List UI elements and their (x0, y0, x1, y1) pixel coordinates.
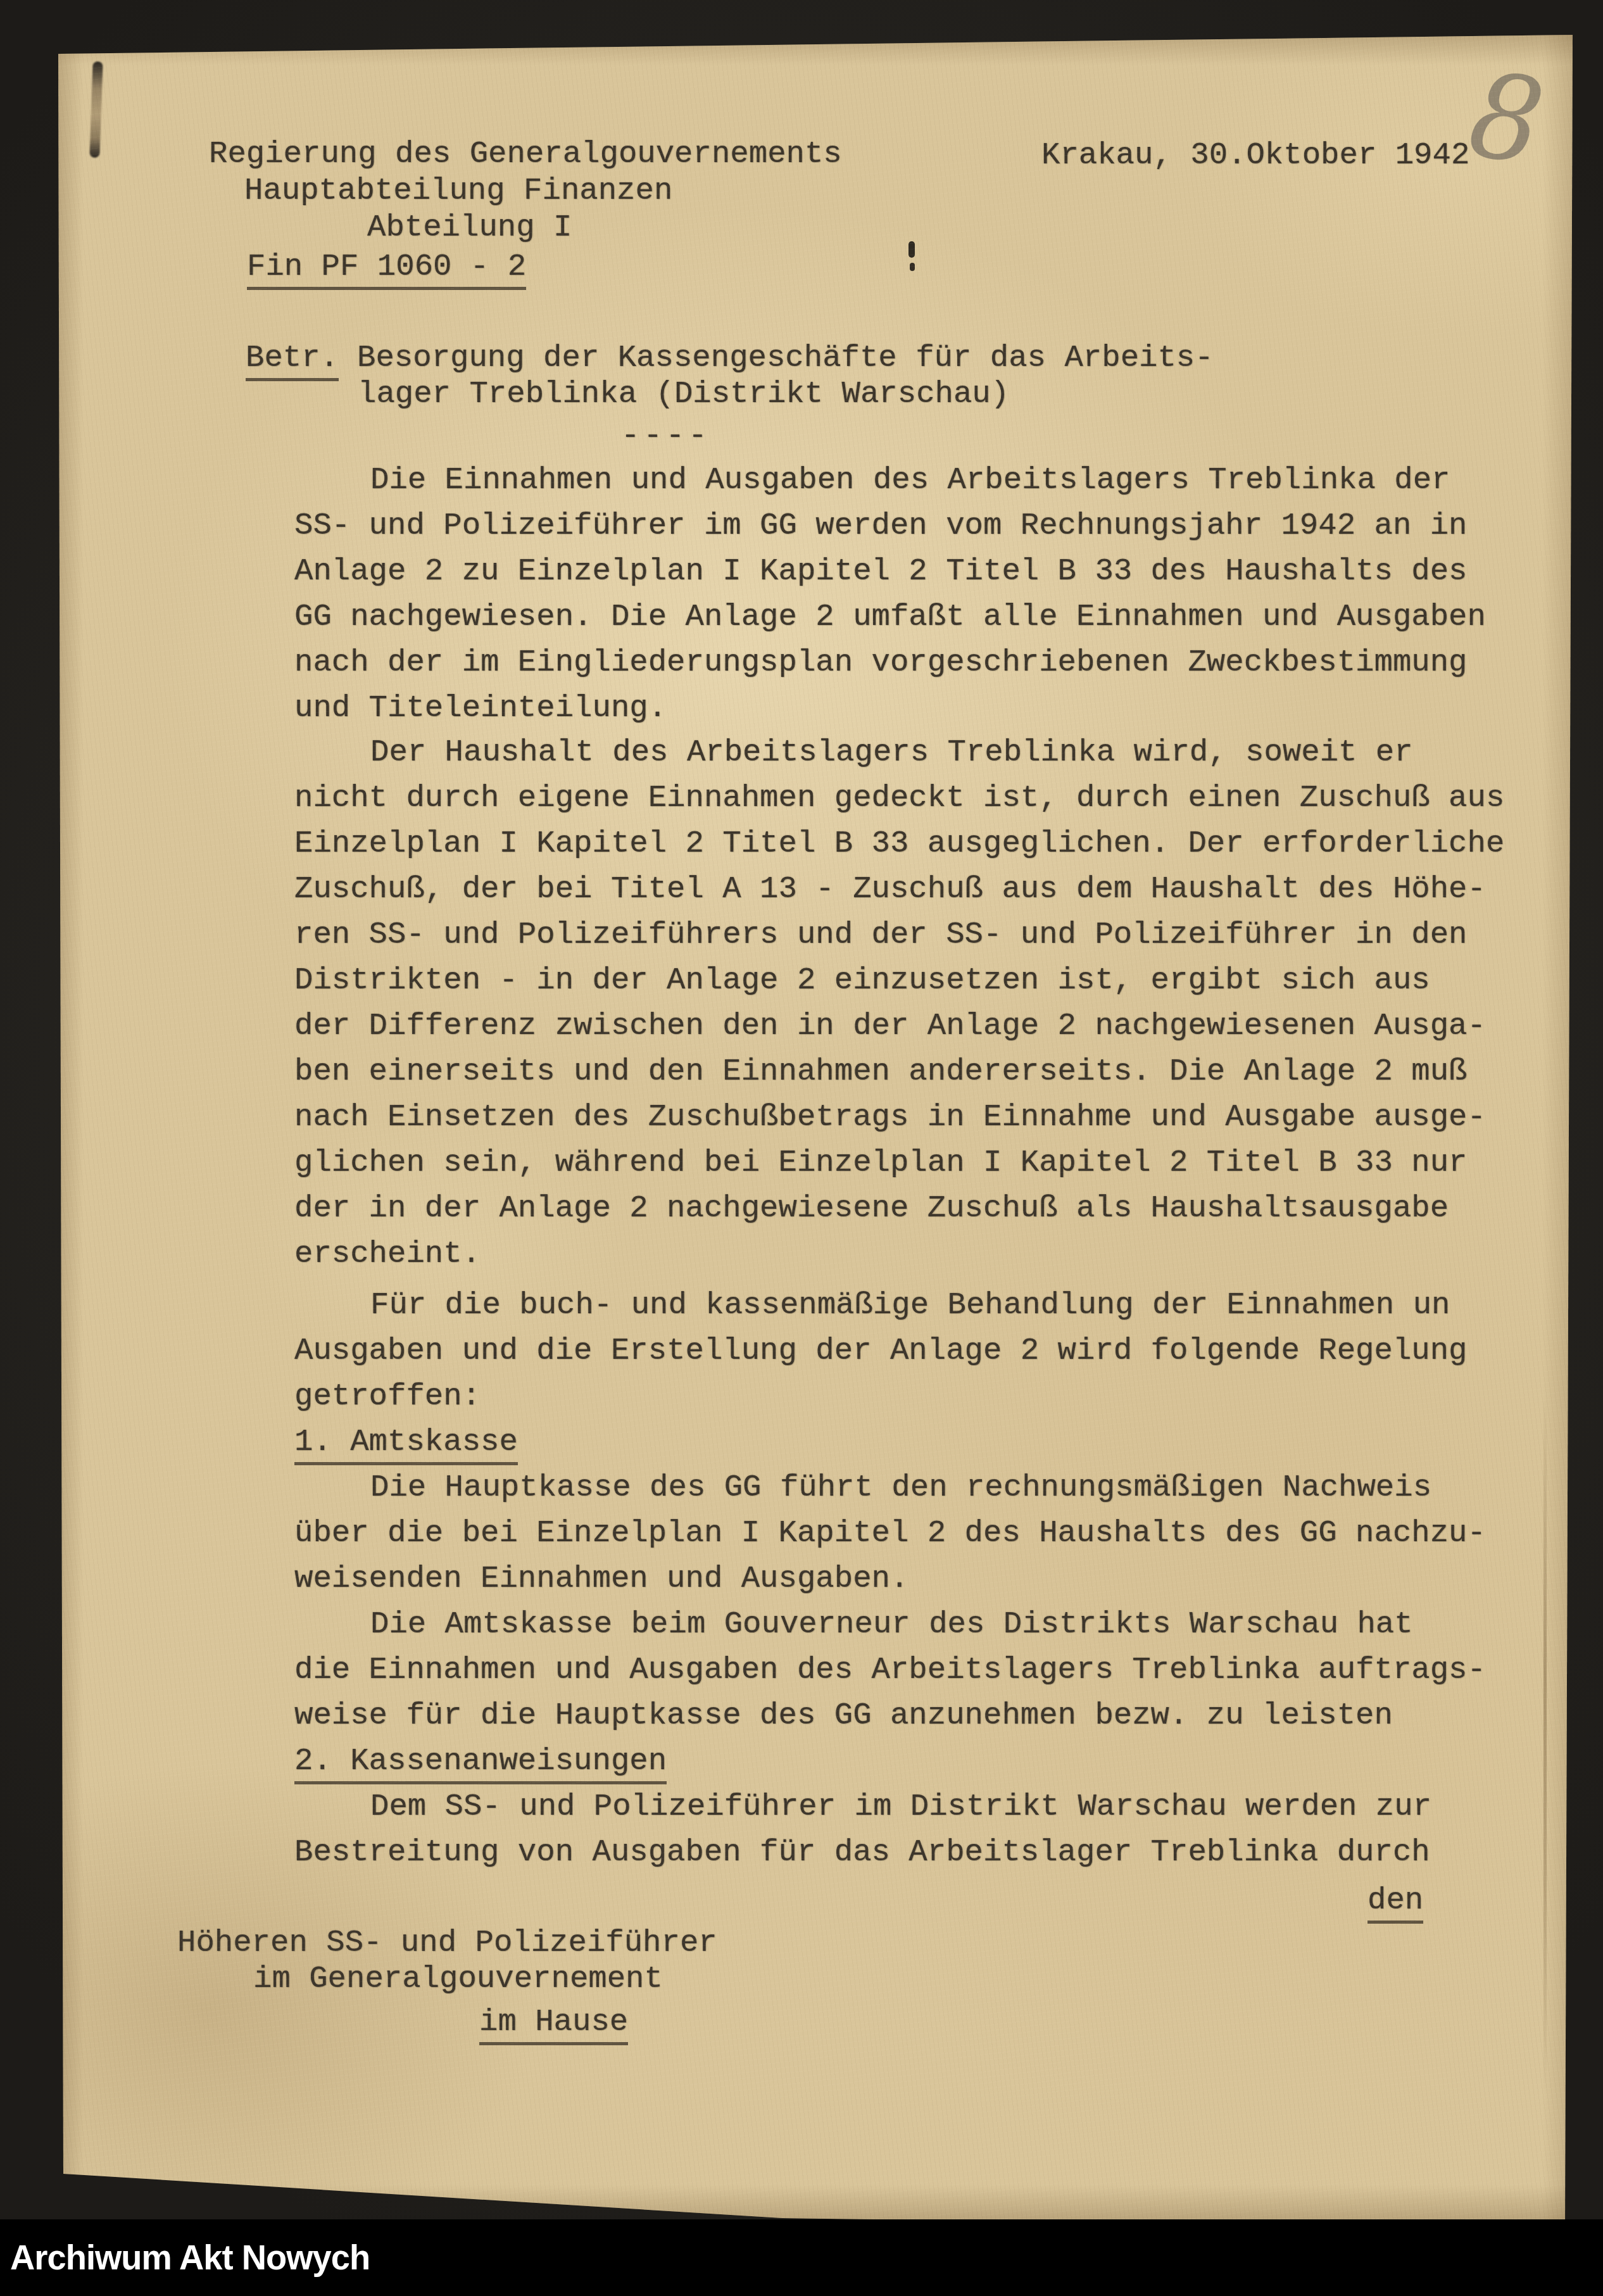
reference-number: Fin PF 1060 - 2 (247, 249, 526, 284)
body-line: Die Einnahmen und Ausgaben des Arbeitsla… (370, 462, 1450, 498)
body-line: getroffen: (294, 1378, 481, 1414)
recipient-line-3: im Hause (479, 2004, 628, 2040)
body-line: nach Einsetzen des Zuschußbetrags in Ein… (294, 1099, 1486, 1135)
body-line: Distrikten - in der Anlage 2 einzusetzen… (294, 962, 1430, 998)
body-line: glichen sein, während bei Einzelplan I K… (294, 1145, 1468, 1180)
body-line: nicht durch eigene Einnahmen gedeckt ist… (294, 780, 1504, 816)
letterhead-line-3: Abteilung I (367, 210, 572, 245)
body-line: Bestreitung von Ausgaben für das Arbeits… (294, 1834, 1430, 1870)
body-line: Dem SS- und Polizeiführer im Distrikt Wa… (370, 1789, 1431, 1824)
subject-separator: ---- (621, 418, 711, 453)
ink-mark (910, 263, 915, 271)
paper-crease (1543, 1396, 1547, 2093)
ink-blot (89, 61, 103, 158)
body-line: Die Amtskasse beim Gouverneur des Distri… (370, 1606, 1413, 1642)
body-line: Zuschuß, der bei Titel A 13 - Zuschuß au… (294, 871, 1486, 907)
body-line: weisenden Einnahmen und Ausgaben. (294, 1561, 908, 1596)
pencil-page-number: 8 (1462, 56, 1550, 183)
body-line: Ausgaben und die Erstellung der Anlage 2… (294, 1333, 1468, 1368)
document-paper: 8 Regierung des Generalgouvernements Hau… (54, 35, 1578, 2229)
archive-caption-bar: Archiwum Akt Nowych (0, 2219, 1603, 2296)
recipient-line-2: im Generalgouvernement (253, 1961, 663, 1996)
scan-background: { "colors": { "scan_background": "#26242… (0, 0, 1603, 2296)
body-line: Für die buch- und kassenmäßige Behandlun… (370, 1287, 1450, 1323)
body-line: erscheint. (294, 1236, 481, 1271)
body-line: SS- und Polizeiführer im GG werden vom R… (294, 508, 1468, 543)
body-line: der in der Anlage 2 nachgewiesene Zuschu… (294, 1190, 1449, 1226)
recipient-line-1: Höheren SS- und Polizeiführer (177, 1925, 717, 1960)
archive-caption: Archiwum Akt Nowych (10, 2239, 370, 2274)
section-heading-1: 1. Amtskasse (294, 1424, 518, 1460)
body-line: Anlage 2 zu Einzelplan I Kapitel 2 Titel… (294, 553, 1468, 589)
body-line: ren SS- und Polizeiführers und der SS- u… (294, 917, 1468, 952)
section-heading-2: 2. Kassenanweisungen (294, 1743, 667, 1779)
recipient-lead: den (1367, 1883, 1423, 1918)
body-line: über die bei Einzelplan I Kapitel 2 des … (294, 1515, 1486, 1551)
body-line: und Titeleinteilung. (294, 690, 667, 726)
ink-mark (908, 241, 915, 258)
body-line: Einzelplan I Kapitel 2 Titel B 33 ausgeg… (294, 826, 1504, 861)
letterhead-line-2: Hauptabteilung Finanzen (244, 173, 672, 208)
dateline: Krakau, 30.Oktober 1942 (1041, 137, 1469, 173)
body-line: GG nachgewiesen. Die Anlage 2 umfaßt all… (294, 599, 1486, 634)
body-line: Die Hauptkasse des GG führt den rechnung… (370, 1470, 1431, 1505)
subject-line-2: lager Treblinka (Distrikt Warschau) (358, 376, 1009, 412)
body-line: der Differenz zwischen den in der Anlage… (294, 1008, 1486, 1044)
body-line: Der Haushalt des Arbeitslagers Treblinka… (370, 735, 1413, 770)
letterhead-line-1: Regierung des Generalgouvernements (209, 136, 842, 172)
body-line: weise für die Hauptkasse des GG anzunehm… (294, 1698, 1393, 1733)
body-line: nach der im Eingliederungsplan vorgeschr… (294, 645, 1468, 680)
body-line: die Einnahmen und Ausgaben des Arbeitsla… (294, 1652, 1486, 1687)
body-line: ben einerseits und den Einnahmen anderer… (294, 1054, 1468, 1089)
subject-line-1: Betr.Besorgung der Kassengeschäfte für d… (246, 340, 1214, 375)
subject-label: Betr. (246, 340, 339, 381)
